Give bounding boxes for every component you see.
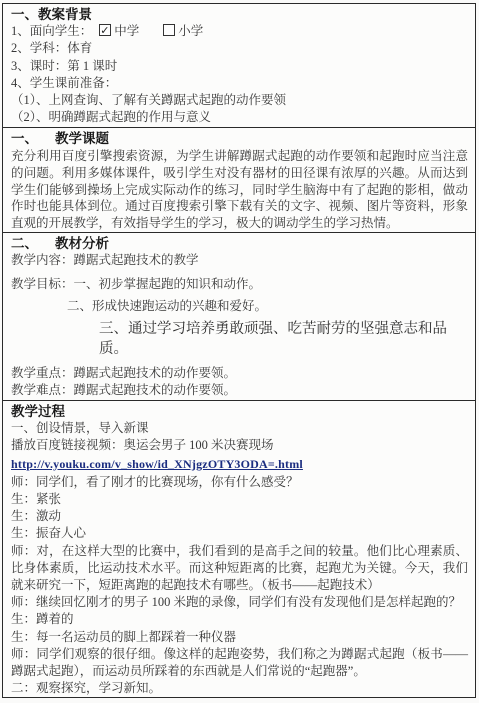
- section-title-material-analysis: 二、教材分析: [11, 235, 468, 252]
- video-link-line: http://v.youku.com/v_show/id_XNjgzOTY3OD…: [11, 455, 468, 474]
- audience-option-primary-school: 小学: [178, 24, 203, 38]
- section-title-teaching-topic: 一、教学课题: [11, 130, 468, 148]
- student-line: 生：振奋人心: [11, 525, 468, 542]
- check-icon: ✓: [100, 22, 109, 39]
- section-number: 一、: [11, 130, 55, 148]
- period-line: 3、课时：第 1 课时: [11, 58, 468, 75]
- process-step-heading: 一、创设情景，导入新课: [11, 420, 468, 437]
- lesson-plan-table: 一、教案背景 1、面向学生：✓中学小学 2、学科：体育 3、课时：第 1 课时 …: [2, 3, 476, 698]
- teaching-content-line: 教学内容：蹲踞式起跑技术的教学: [11, 252, 468, 269]
- subject-line: 2、学科：体育: [11, 40, 468, 57]
- student-line: 生：激动: [11, 508, 468, 525]
- teaching-key-point-line: 教学重点：蹲踞式起跑技术的动作要领。: [11, 365, 468, 382]
- youku-video-link[interactable]: http://v.youku.com/v_show/id_XNjgzOTY3OD…: [11, 457, 303, 471]
- teacher-line: 师：对，在这样大型的比赛中，我们看到的是高手之间的较量。他们比心理素质、比身体素…: [11, 543, 468, 595]
- section-material-analysis: 二、教材分析 教学内容：蹲踞式起跑技术的教学 教学目标：一、初步掌握起跑的知识和…: [3, 233, 475, 401]
- prep-line: 4、学生课前准备：: [11, 75, 468, 92]
- teaching-goal-2: 二、形成快速跑运动的兴趣和爱好。: [11, 298, 468, 315]
- section-title-lesson-background: 一、教案背景: [11, 6, 468, 23]
- teacher-line: 师：同学们，看了刚才的比赛现场，你有什么感受？: [11, 474, 468, 491]
- teaching-difficulty-line: 教学难点：蹲踞式起跑技术的动作要领。: [11, 382, 468, 399]
- teaching-goal-1: 教学目标：一、初步掌握起跑的知识和动作。: [11, 276, 468, 293]
- audience-line: 1、面向学生：✓中学小学: [11, 23, 468, 40]
- student-line: 生：蹲着的: [11, 611, 468, 628]
- section-teaching-topic: 一、教学课题 充分利用百度引擎搜索资源，为学生讲解蹲踞式起跑的动作要领和起跑时应…: [3, 128, 475, 233]
- student-line: 生：紧张: [11, 491, 468, 508]
- prep-item: （1）、上网查询、了解有关蹲踞式起跑的动作要领: [11, 92, 468, 109]
- section-title-teaching-process: 教学过程: [11, 403, 468, 420]
- student-line: 生：每一名运动员的脚上都踩着一种仪器: [11, 629, 468, 646]
- teacher-line: 师：继续回忆刚才的男子 100 米跑的录像，同学们有没有发现他们是怎样起跑的？: [11, 594, 468, 611]
- section-lesson-background: 一、教案背景 1、面向学生：✓中学小学 2、学科：体育 3、课时：第 1 课时 …: [3, 4, 475, 128]
- audience-option-middle-school: 中学: [114, 24, 139, 38]
- teaching-topic-body: 充分利用百度引擎搜索资源，为学生讲解蹲踞式起跑的动作要领和起跑时应当注意的问题。…: [11, 148, 468, 232]
- teaching-goal-3: 三、通过学习培养勇敢顽强、吃苦耐劳的坚强意志和品质。: [11, 319, 468, 359]
- process-step-heading: 二：观察探究，学习新知。: [11, 680, 468, 696]
- audience-label: 1、面向学生：: [11, 24, 92, 38]
- teacher-line: 师：同学们观察的很仔细。像这样的起跑姿势，我们称之为蹲踞式起跑（板书——蹲踞式起…: [11, 646, 468, 680]
- video-intro-line: 播放百度链接视频：奥运会男子 100 米决赛现场: [11, 437, 468, 454]
- checkbox-primary-school[interactable]: [163, 24, 175, 36]
- section-teaching-process: 教学过程 一、创设情景，导入新课 播放百度链接视频：奥运会男子 100 米决赛现…: [3, 401, 475, 696]
- checkbox-middle-school[interactable]: ✓: [99, 24, 111, 36]
- prep-item: （2）、明确蹲踞式起跑的作用与意义: [11, 109, 468, 126]
- section-number: 二、: [11, 235, 55, 252]
